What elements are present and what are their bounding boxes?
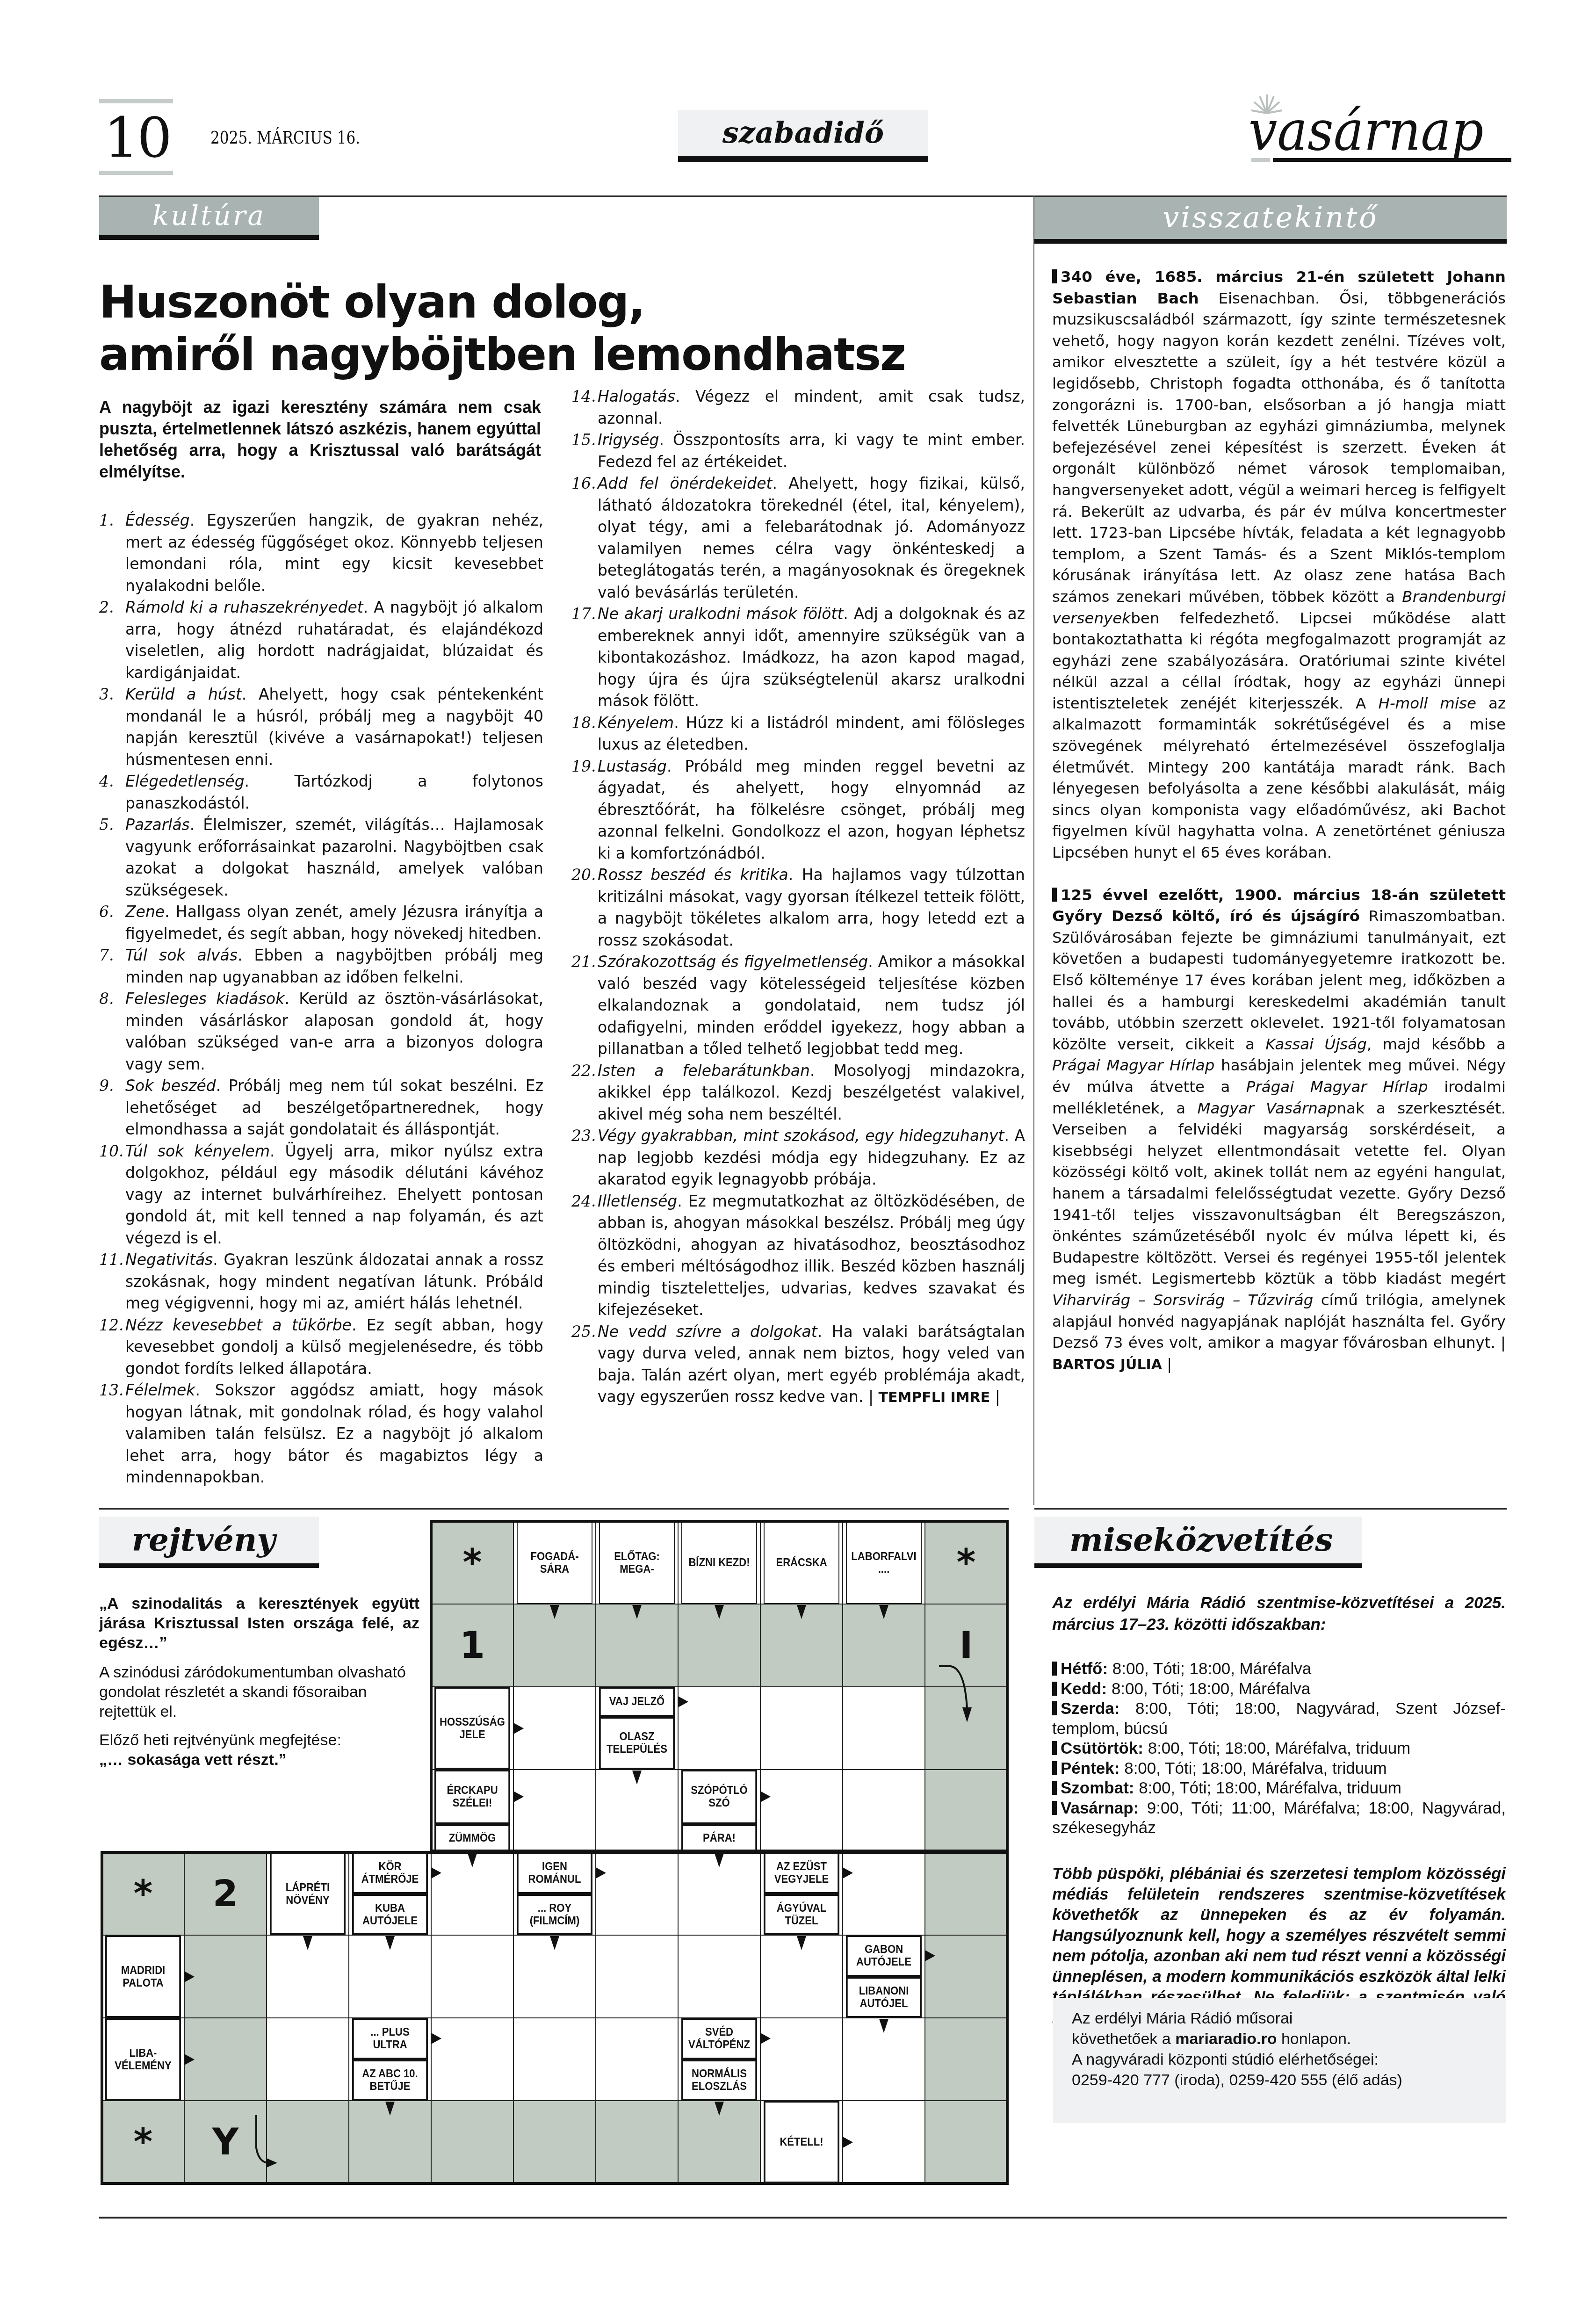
item-title: Pazarlás (125, 816, 190, 834)
arrow-right-icon (925, 1950, 935, 1961)
crossword-cell[interactable] (596, 1852, 678, 1935)
clue-box: PÁRA! (681, 1824, 757, 1852)
item-number: 1. (99, 510, 114, 532)
item-number: 14. (571, 386, 596, 408)
mise-intro: Az erdélyi Mária Rádió szentmise-közvetí… (1052, 1592, 1506, 1635)
item-text: . Összpontosíts arra, ki vagy te mint em… (598, 431, 1025, 471)
list-item: 17.Ne akarj uralkodni mások fölött. Adj … (571, 603, 1025, 712)
item-number: 4. (99, 771, 114, 793)
crossword-cell[interactable] (431, 2018, 513, 2101)
schedule-times: 8:00, Tóti; 18:00, Máréfalva, triduum (1143, 1739, 1410, 1757)
list-item: 12.Nézz kevesebbet a tükörbe. Ez segít a… (99, 1315, 543, 1380)
row-marker-Y: Y (184, 2101, 267, 2183)
item-number: 17. (571, 603, 596, 625)
info-line: A nagyváradi központi stúdió elérhetőség… (1072, 2049, 1487, 2070)
work-title: Prágai Magyar Hírlap (1246, 1078, 1428, 1096)
page-number: 10 (104, 110, 170, 165)
clue-box: LABORFALVI .... (846, 1521, 922, 1604)
mise-schedule: Hétfő: 8:00, Tóti; 18:00, MáréfalvaKedd:… (1052, 1659, 1506, 1838)
item-number: 12. (99, 1315, 123, 1337)
crossword-cell[interactable] (596, 2018, 678, 2101)
crossword-cell[interactable] (925, 2018, 1007, 2101)
item-number: 9. (99, 1075, 114, 1097)
item-number: 18. (571, 712, 596, 734)
clue-box: ... PLUS ULTRA (352, 2018, 428, 2060)
article-lead: A nagyböjt az igazi keresztény számára n… (99, 397, 541, 483)
schedule-day: Vasárnap: (1061, 1799, 1139, 1817)
crossword-cell[interactable] (184, 1935, 267, 2018)
item-number: 8. (99, 988, 114, 1010)
schedule-times: 8:00, Tóti; 18:00, Máréfalva (1107, 1680, 1310, 1698)
schedule-times: 8:00, Tóti; 18:00, Máréfalva, triduum (1134, 1779, 1401, 1797)
crossword-cell[interactable] (843, 2101, 925, 2183)
text: Rimaszombatban. Szülővárosában fejezte b… (1052, 907, 1506, 1053)
star-marker: * (431, 1521, 513, 1604)
item-title: Ne akarj uralkodni mások fölött (598, 605, 843, 623)
bullet-square-icon (1052, 1801, 1057, 1815)
bullet-square-icon (1052, 269, 1057, 283)
item-number: 15. (571, 429, 596, 451)
item-title: Negativitás (125, 1250, 213, 1269)
arrow-down-icon (715, 1605, 724, 1619)
arrow-down-icon (550, 1605, 559, 1619)
item-title: Túl sok kényelem (125, 1142, 270, 1160)
schedule-row: Péntek: 8:00, Tóti; 18:00, Máréfalva, tr… (1052, 1759, 1506, 1779)
arrow-down-icon (632, 1605, 642, 1619)
list-item: 14.Halogatás. Végezz el mindent, amit cs… (571, 386, 1025, 429)
item-number: 11. (99, 1249, 123, 1271)
article-kicker-label: kultúra (99, 197, 319, 234)
clue-box: FOGADÁ-SÁRA (517, 1521, 592, 1604)
list-item: 22.Isten a felebarátunkban. Mosolyogj mi… (571, 1060, 1025, 1126)
arrow-right-icon (184, 2054, 195, 2065)
page-number-bar-bottom (99, 171, 173, 175)
mise-kicker: miseközvetítés (1034, 1517, 1362, 1568)
schedule-day: Kedd: (1061, 1680, 1107, 1698)
list-item: 15.Irigység. Összpontosíts arra, ki vagy… (571, 429, 1025, 473)
arrow-right-icon (760, 1791, 771, 1802)
item-number: 13. (99, 1380, 123, 1402)
star-marker: * (102, 2101, 184, 2183)
article-byline: TEMPFLI IMRE (879, 1389, 990, 1406)
schedule-day: Szerda: (1061, 1699, 1119, 1718)
schedule-times: 8:00, Tóti; 18:00, Máréfalva, triduum (1119, 1759, 1387, 1778)
item-number: 25. (571, 1321, 596, 1343)
list-item: 5.Pazarlás. Élelmiszer, szemét, világítá… (99, 814, 543, 901)
arrow-right-icon (760, 2033, 771, 2044)
crossword-cell[interactable] (925, 1687, 1007, 1770)
arrow-right-icon (431, 2033, 441, 2044)
work-title: Viharvirág – Sorsvirág – Tűzvirág (1052, 1291, 1313, 1309)
clue-box: IGEN ROMÁNUL (517, 1852, 592, 1894)
crossword-cell[interactable] (843, 1852, 925, 1935)
text: az alkalmazott formaminták sokrétűségéve… (1052, 694, 1506, 861)
clue-box: SVÉD VÁLTÓPÉNZ (681, 2018, 757, 2060)
item-number: 21. (571, 951, 596, 973)
logo-wordmark: vasárnap (1249, 103, 1484, 158)
crossword-cell[interactable] (843, 1770, 925, 1852)
article-column-2: 14.Halogatás. Végezz el mindent, amit cs… (571, 386, 1025, 1409)
clue-box: BÍZNI KEZD! (681, 1521, 757, 1604)
crossword-cell[interactable] (513, 1687, 596, 1770)
arrow-down-icon (468, 1853, 477, 1867)
clue-box: ELŐTAG: MEGA- (599, 1521, 675, 1604)
clue-box: LIBA-VÉLEMÉNY (105, 2018, 181, 2101)
item-number: 24. (571, 1191, 596, 1213)
item-title: Isten a felebarátunkban (598, 1062, 810, 1080)
crossword-cell[interactable] (513, 1770, 596, 1852)
section-label: szabadidő (678, 110, 928, 156)
bullet-square-icon (1052, 1761, 1057, 1775)
footer-rule (99, 2217, 1507, 2219)
mise-kicker-label: miseközvetítés (1034, 1517, 1362, 1563)
crossword-cell[interactable] (760, 2018, 843, 2101)
arrow-down-icon (385, 2102, 395, 2116)
text: honlapon. (1277, 2030, 1351, 2048)
info-line: Az erdélyi Mária Rádió műsorai (1072, 2008, 1487, 2029)
clue-box: HOSSZÚSÁG JELE (434, 1687, 510, 1770)
masthead-logo: vasárnap (1249, 94, 1510, 159)
clue-box: AZ ABC 10. BETŰJE (352, 2060, 428, 2101)
work-title: Kassai Újság (1265, 1035, 1367, 1053)
item-title: Sok beszéd (125, 1077, 216, 1095)
work-title: Magyar Vasárnap (1198, 1099, 1337, 1117)
clue-box: NORMÁLIS ELOSZLÁS (681, 2060, 757, 2101)
text: , majd később a (1367, 1035, 1506, 1053)
arrow-down-icon (879, 2019, 888, 2033)
list-item: 11.Negativitás. Gyakran leszünk áldozata… (99, 1249, 543, 1315)
clue-box: KUBA AUTÓJELE (352, 1894, 428, 1936)
item-title: Irigység (598, 431, 659, 449)
schedule-row: Hétfő: 8:00, Tóti; 18:00, Máréfalva (1052, 1659, 1506, 1679)
arrow-right-icon (513, 1791, 524, 1802)
list-item: 21.Szórakozottság és figyelmetlenség. Am… (571, 951, 1025, 1060)
crossword-cell[interactable] (678, 1935, 760, 2018)
crossword-cell[interactable] (184, 2018, 267, 2101)
clue-box: ÉRCKAPU SZÉLEI! (434, 1770, 510, 1824)
puzzle-top-rule (99, 1508, 1009, 1510)
item-title: Kerüld a húst (125, 685, 242, 703)
arrow-down-icon (385, 1936, 395, 1950)
crossword-cell[interactable] (431, 2101, 513, 2183)
item-title: Felesleges kiadások (125, 990, 284, 1008)
item-number: 23. (571, 1125, 596, 1147)
item-title: Rossz beszéd és kritika (598, 866, 788, 884)
list-item: 23.Végy gyakrabban, mint szokásod, egy h… (571, 1125, 1025, 1191)
crossword-cell[interactable] (596, 2101, 678, 2183)
list-item: 25.Ne vedd szívre a dolgokat. Ha valaki … (571, 1321, 1025, 1409)
item-title: Szórakozottság és figyelmetlenség (598, 953, 868, 971)
mise-top-rule (1034, 1508, 1507, 1510)
mise-info-box: Az erdélyi Mária Rádió műsorai követhető… (1053, 1998, 1506, 2123)
crossword-cell[interactable] (925, 2101, 1007, 2183)
list-item: 18.Kényelem. Húzz ki a listádról mindent… (571, 712, 1025, 756)
crossword-cell[interactable] (431, 1935, 513, 2018)
clue-box: OLASZ TELEPÜLÉS (599, 1717, 675, 1770)
work-title: Prágai Magyar Hírlap (1052, 1056, 1214, 1074)
item-title: Halogatás (598, 387, 675, 405)
crossword-cell[interactable] (267, 2018, 349, 2101)
arrow-right-icon (184, 1971, 195, 1982)
bullet-square-icon (1052, 888, 1057, 902)
clue-box: VAJ JELZŐ (599, 1687, 675, 1717)
arrow-right-icon (843, 2137, 853, 2148)
schedule-times: 8:00, Tóti; 18:00, Nagyvárad, Szent Józs… (1052, 1699, 1506, 1738)
crossword-cell[interactable] (843, 1687, 925, 1770)
item-title: Félelmek (125, 1381, 195, 1399)
list-item: 24.Illetlenség. Ez megmutatkozhat az ölt… (571, 1191, 1025, 1321)
item-title: Illetlenség (598, 1192, 677, 1210)
retro-kicker: visszatekintő (1034, 197, 1507, 244)
crossword-cell[interactable] (267, 2101, 349, 2183)
item-title: Édesség (125, 511, 190, 529)
crossword-cell[interactable] (678, 1687, 760, 1770)
bullet-square-icon (1052, 1662, 1057, 1676)
schedule-row: Vasárnap: 9:00, Tóti; 11:00, Máréfalva; … (1052, 1799, 1506, 1838)
crossword-grid[interactable]: **1I*2*YFOGADÁ-SÁRAELŐTAG: MEGA-BÍZNI KE… (102, 1521, 1007, 2183)
item-title: Lustaság (598, 757, 667, 775)
arrow-down-icon (632, 1771, 642, 1785)
schedule-day: Hétfő: (1061, 1660, 1108, 1678)
arrow-right-icon (596, 1867, 606, 1879)
row-marker-2: 2 (184, 1852, 267, 1935)
schedule-row: Szombat: 8:00, Tóti; 18:00, Máréfalva, t… (1052, 1778, 1506, 1799)
row-marker-I: I (925, 1604, 1007, 1687)
item-title: Túl sok alvás (125, 946, 238, 964)
retro-column: 340 éve, 1685. március 21-én született J… (1052, 267, 1506, 1396)
clue-box: LIBANONI AUTÓJEL (846, 1977, 922, 2018)
logo-rule (1273, 158, 1511, 162)
list-item: 19.Lustaság. Próbáld meg minden reggel b… (571, 756, 1025, 865)
item-title: Kényelem (598, 714, 674, 732)
list-item: 10.Túl sok kényelem. Ügyelj arra, mikor … (99, 1141, 543, 1250)
arrow-down-icon (797, 1605, 806, 1619)
clue-box: MADRIDI PALOTA (105, 1935, 181, 2018)
clue-box: AZ EZÜST VEGYJELE (764, 1852, 839, 1894)
headline-line-2: amiről nagyböjtben lemondhatsz (99, 328, 988, 381)
arrow-down-icon (715, 2102, 724, 2116)
arrow-down-icon (550, 1936, 559, 1950)
list-item: 1.Édesség. Egyszerűen hangzik, de gyakra… (99, 510, 543, 597)
schedule-day: Csütörtök: (1061, 1739, 1143, 1757)
clue-box: SZÓPÓTLÓ SZÓ (681, 1770, 757, 1824)
clue-box: LÁPRÉTI NÖVÉNY (270, 1852, 346, 1935)
page-number-bar-top (99, 99, 173, 103)
schedule-row: Csütörtök: 8:00, Tóti; 18:00, Máréfalva,… (1052, 1739, 1506, 1759)
bullet-square-icon (1052, 1741, 1057, 1755)
schedule-day: Szombat: (1061, 1779, 1134, 1797)
list-item: 7.Túl sok alvás. Ebben a nagyböjtben pró… (99, 945, 543, 988)
item-title: Zene (125, 903, 165, 921)
list-item: 20.Rossz beszéd és kritika. Ha hajlamos … (571, 864, 1025, 951)
list-item: 13.Félelmek. Sokszor aggódsz amiatt, hog… (99, 1380, 543, 1489)
clue-box: GABON AUTÓJELE (846, 1935, 922, 1977)
crossword-cell[interactable] (513, 2101, 596, 2183)
issue-date: 2025. MÁRCIUS 16. (210, 127, 360, 148)
item-title: Rámold ki a ruhaszekrényedet (125, 598, 363, 616)
info-line: követhetőek a mariaradio.ro honlapon. (1072, 2029, 1487, 2049)
star-marker: * (925, 1521, 1007, 1604)
article-headline: Huszonöt olyan dolog, amiről nagyböjtben… (99, 276, 988, 381)
bullet-square-icon (1052, 1781, 1057, 1795)
list-item: 9.Sok beszéd. Próbálj meg nem túl sokat … (99, 1075, 543, 1141)
item-number: 3. (99, 684, 114, 706)
item-number: 2. (99, 597, 114, 619)
crossword-cell[interactable] (760, 1687, 843, 1770)
arrow-down-icon (879, 1605, 888, 1619)
schedule-times: 8:00, Tóti; 18:00, Máréfalva (1108, 1660, 1311, 1678)
clue-box: ERÁCSKA (764, 1521, 839, 1604)
item-number: 19. (571, 756, 596, 778)
article-column-1: 1.Édesség. Egyszerűen hangzik, de gyakra… (99, 510, 543, 1489)
arrow-right-icon (678, 1696, 688, 1707)
schedule-day: Péntek: (1061, 1759, 1119, 1778)
item-title: Végy gyakrabban, mint szokásod, egy hide… (598, 1127, 1004, 1145)
arrow-down-icon (797, 1936, 806, 1950)
arrow-down-icon (715, 1853, 724, 1867)
crossword-cell[interactable] (513, 2018, 596, 2101)
section-tab: szabadidő (678, 110, 928, 162)
item-number: 16. (571, 473, 596, 495)
retro-kicker-label: visszatekintő (1034, 197, 1507, 238)
list-item: 16.Add fel önérdekeidet. Ahelyett, hogy … (571, 473, 1025, 603)
column-divider (1033, 195, 1034, 1505)
clue-box: ZÜMMÖG (434, 1824, 510, 1852)
clue-box: ÁGYÚVAL TÜZEL (764, 1894, 839, 1936)
item-text: . Ez megmutatkozhat az öltözködésében, d… (598, 1192, 1025, 1319)
item-title: Ne vedd szívre a dolgokat (598, 1323, 817, 1341)
clue-box: ... ROY (FILMCÍM) (517, 1894, 592, 1936)
text: nak a szerkesztését. Verseiben a felvidé… (1052, 1099, 1506, 1288)
crossword-cell[interactable] (925, 1935, 1007, 2018)
clue-box: KÖR ÁTMÉRŐJE (352, 1852, 428, 1894)
item-text: . Hallgass olyan zenét, amely Jézusra ir… (125, 903, 543, 943)
schedule-row: Kedd: 8:00, Tóti; 18:00, Máréfalva (1052, 1679, 1506, 1699)
work-title: H-moll mise (1378, 694, 1476, 712)
bullet-square-icon (1052, 1701, 1057, 1715)
list-item: 8.Felesleges kiadások. Kerüld az ösztön-… (99, 988, 543, 1075)
list-item: 3.Kerüld a húst. Ahelyett, hogy csak pén… (99, 684, 543, 771)
star-marker: * (102, 1852, 184, 1935)
retro-entry-bach: 340 éve, 1685. március 21-én született J… (1052, 267, 1506, 864)
crossword-cell[interactable] (596, 1935, 678, 2018)
headline-line-1: Huszonöt olyan dolog, (99, 276, 988, 328)
clue-box: KÉTELL! (764, 2101, 839, 2183)
item-text: . Ahelyett, hogy fizikai, külső, látható… (598, 474, 1025, 601)
list-item: 4.Elégedetlenség. Tartózkodj a folytonos… (99, 771, 543, 814)
item-title: Elégedetlenség (125, 772, 245, 790)
retro-byline: BARTOS JÚLIA (1052, 1357, 1162, 1373)
item-number: 22. (571, 1060, 596, 1082)
bullet-square-icon (1052, 1682, 1057, 1696)
item-number: 20. (571, 864, 596, 886)
item-number: 10. (99, 1141, 123, 1163)
text: követhetőek a (1072, 2030, 1175, 2048)
article-kicker: kultúra (99, 197, 319, 240)
list-item: 6.Zene. Hallgass olyan zenét, amely Jézu… (99, 901, 543, 945)
arrow-right-icon (431, 1867, 441, 1879)
arrow-down-icon (303, 1936, 312, 1950)
item-title: Nézz kevesebbet a tükörbe (125, 1316, 352, 1334)
schedule-row: Szerda: 8:00, Tóti; 18:00, Nagyvárad, Sz… (1052, 1699, 1506, 1739)
logo-rule-grey (1251, 158, 1270, 162)
crossword-cell[interactable] (925, 1770, 1007, 1852)
website-link[interactable]: mariaradio.ro (1175, 2030, 1277, 2048)
text: Eisenachban. Ősi, többgenerációs muzsiku… (1052, 289, 1506, 606)
crossword-cell[interactable] (925, 1852, 1007, 1935)
list-item: 2.Rámold ki a ruhaszekrényedet. A nagybö… (99, 597, 543, 684)
item-number: 6. (99, 901, 114, 923)
item-number: 7. (99, 945, 114, 967)
arrow-right-icon (513, 1723, 524, 1734)
phone-numbers: 0259-420 777 (iroda), 0259-420 555 (élő … (1072, 2070, 1487, 2090)
arrow-right-icon (843, 1867, 853, 1879)
retro-entry-gyory: 125 évvel ezelőtt, 1900. március 18-án s… (1052, 885, 1506, 1376)
item-title: Add fel önérdekeidet (598, 474, 772, 492)
item-number: 5. (99, 814, 114, 836)
row-marker-1: 1 (431, 1604, 513, 1687)
crossword-cell[interactable] (760, 1770, 843, 1852)
